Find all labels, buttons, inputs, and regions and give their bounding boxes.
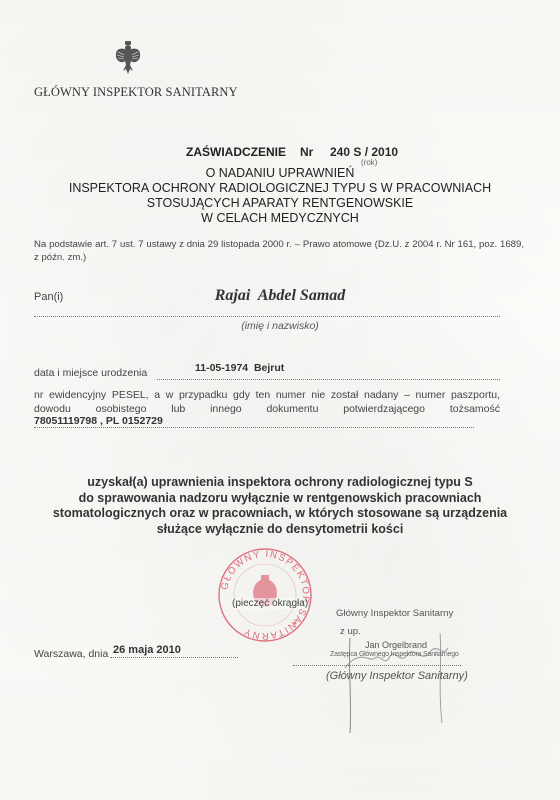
signer-name: Jan Orgelbrand [365, 640, 427, 650]
pesel-value: 78051119798 , PL 0152729 [34, 415, 163, 427]
signer-title: Zastępca Głównego Inspektora Sanitarnego [330, 651, 459, 658]
birth-label: data i miejsce urodzenia [34, 367, 147, 379]
signatory-role: Główny Inspektor Sanitarny [336, 608, 453, 619]
heading-line: INSPEKTORA OCHRONY RADIOLOGICZNEJ TYPU S… [0, 181, 560, 196]
holder-name: Rajai Abdel Samad [0, 287, 560, 305]
certificate-heading: O NADANIU UPRAWNIEŃ INSPEKTORA OCHRONY R… [0, 166, 560, 226]
signature-caption: (Główny Inspektor Sanitarny) [326, 670, 468, 682]
grant-statement: uzyskał(a) uprawnienia inspektora ochron… [0, 475, 560, 537]
birth-value: 11-05-1974 Bejrut [195, 362, 284, 374]
name-dotted-line [34, 316, 500, 317]
legal-basis: Na podstawie art. 7 ust. 7 ustawy z dnia… [34, 238, 524, 264]
certificate-title: ZAŚWIADCZENIE [186, 145, 286, 159]
heading-line: O NADANIU UPRAWNIEŃ [0, 166, 560, 181]
place-label: Warszawa, dnia [34, 648, 108, 660]
grant-line: uzyskał(a) uprawnienia inspektora ochron… [0, 475, 560, 491]
certificate-nr-label: Nr [300, 145, 313, 159]
heading-line: STOSUJĄCYCH APARATY RENTGENOWSKIE [0, 196, 560, 211]
issuing-authority: GŁÓWNY INSPEKTOR SANITARNY [34, 85, 238, 100]
signature-dotted-line [293, 665, 461, 666]
date-dotted-line [110, 657, 238, 658]
official-stamp-icon: GŁÓWNY INSPEKTOR SANITARNY [215, 545, 315, 645]
name-caption: (imię i nazwisko) [0, 320, 560, 332]
pesel-dotted-line [34, 427, 474, 428]
issue-date: 26 maja 2010 [113, 644, 181, 656]
grant-line: stomatologicznych oraz w pracowniach, w … [0, 506, 560, 522]
heading-line: W CELACH MEDYCZNYCH [0, 211, 560, 226]
eagle-emblem-icon [114, 41, 142, 75]
pesel-description: nr ewidencyjny PESEL, a w przypadku gdy … [34, 389, 500, 416]
on-behalf-label: z up. [340, 626, 361, 637]
stamp-caption: (pieczęć okrągła) [232, 598, 308, 609]
birth-dotted-line [157, 379, 500, 380]
certificate-number: 240 S / 2010 [330, 145, 398, 159]
grant-line: służące wyłącznie do densytometrii kości [0, 522, 560, 538]
grant-line: do sprawowania nadzoru wyłącznie w rentg… [0, 491, 560, 507]
